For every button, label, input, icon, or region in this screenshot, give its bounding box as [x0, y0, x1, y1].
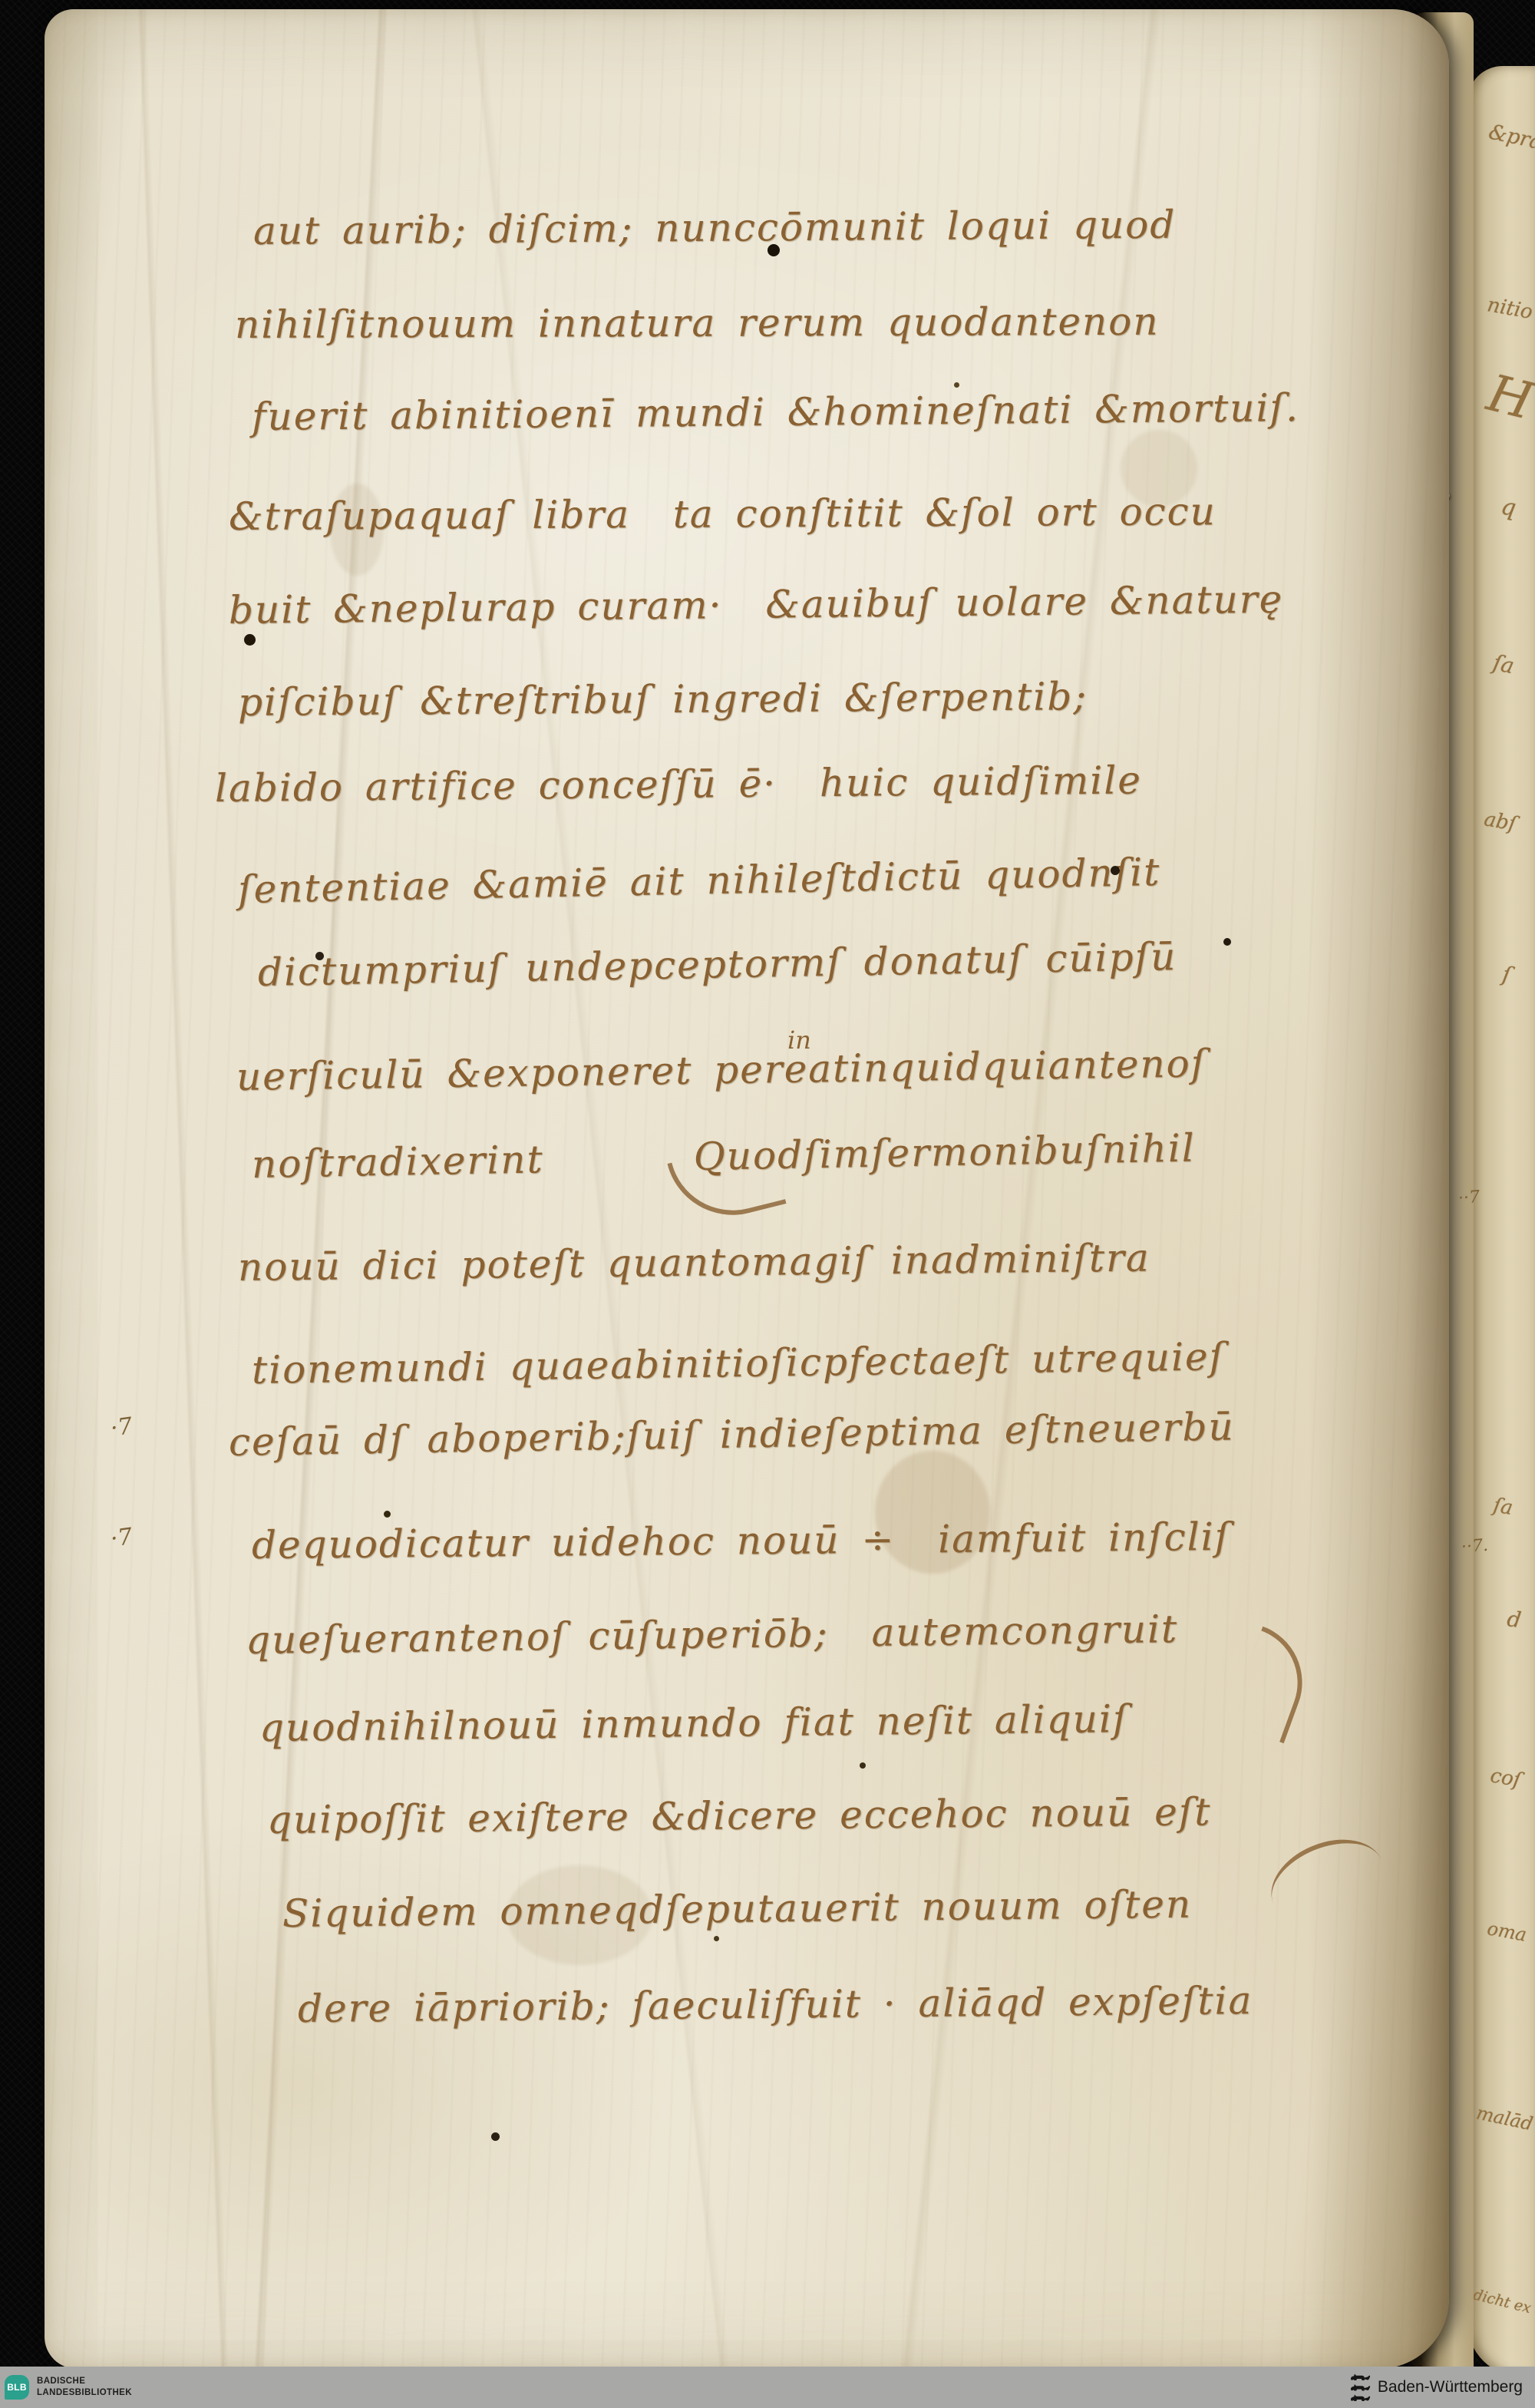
manuscript-text-line: quodnihilnouū inmundo fiat neſit aliquiſ	[259, 1696, 1129, 1750]
manuscript-text-line: piſcibuſ &treſtribuſ ingredi &ſerpentib;	[238, 674, 1088, 725]
ink-spot	[244, 634, 256, 646]
parchment-stain	[507, 1865, 652, 1965]
facing-page-text-fragment: nitio	[1485, 293, 1534, 324]
manuscript-text-line: dequodicatur uidehoc nouū ÷ iamfuit inſc…	[252, 1514, 1231, 1567]
ink-spot	[491, 2132, 500, 2141]
manuscript-text-line: noſtradixerint Quodſimſermonibuſnihil	[251, 1126, 1196, 1187]
ink-spot	[860, 1762, 866, 1769]
manuscript-text-line: queſuerantenoſ cūſuperiōb; autemcongruit	[246, 1607, 1179, 1663]
facing-page-text-fragment: &prae	[1487, 120, 1535, 157]
pen-flourish	[1259, 1824, 1388, 1919]
manuscript-text-line: buit &neplurap curam· &auibuſ uolare &na…	[229, 577, 1284, 633]
library-name: BADISCHE LANDESBIBLIOTHEK	[37, 2376, 132, 2399]
manuscript-text-line: uerſiculū &exponeret pereatinquidquiante…	[236, 1041, 1207, 1099]
manuscript-text-line: aut aurib; diſcim; nunccōmunit loqui quo…	[253, 203, 1177, 253]
parchment-stain	[875, 1451, 990, 1574]
ink-spots	[45, 9, 1449, 2369]
blb-logo-text: BLB	[7, 2382, 27, 2393]
manuscript-text-line: nihilſitnouum innatura rerum quodantenon	[235, 299, 1160, 347]
manuscript-text-line: labido artifice conceſſū ē· huic quidſim…	[215, 758, 1142, 811]
blb-logo: BLB	[5, 2375, 29, 2400]
manuscript-text-line: dere iāpriorib; ſaeculiſfuit · aliāqd ex…	[298, 1978, 1253, 2031]
manuscript-text-line: &traſupaquaſ libra ta conſtitit &ſol ort…	[229, 489, 1216, 539]
manuscript-text-line: ſententiae &amiē ait nihileſtdictū quodn…	[237, 850, 1160, 912]
manuscript-text-line: fuerit abinitioenī mundi &homineſnati &m…	[252, 385, 1299, 439]
manuscript-text-line: tionemundi quaeabinitioſicpfectaeſt utre…	[252, 1334, 1226, 1392]
state-name-label: Baden-Württemberg	[1378, 2378, 1523, 2396]
manuscript-text-line: Siquidem omneqdſeputauerit nouum oſten	[282, 1882, 1193, 1936]
facing-page-text-fragment: abſ	[1482, 808, 1517, 836]
page-content: aut aurib; diſcim; nunccōmunit loqui quo…	[45, 9, 1449, 2369]
coat-of-arms-icon	[1348, 2372, 1372, 2403]
facing-page-text-fragment: q	[1499, 493, 1518, 522]
ink-spot	[1223, 938, 1231, 946]
digitized-manuscript-viewer: { "footer": { "bar_color": "#a8a8a6", "l…	[0, 0, 1535, 2408]
ink-spot	[384, 1511, 391, 1518]
state-branding: Baden-Württemberg	[1348, 2372, 1523, 2403]
facing-page-text-fragment: d	[1506, 1606, 1523, 1633]
facing-page-edge: &praenitioHqſaabſſſadcoſomamalāddicht ex	[1467, 66, 1535, 2377]
facing-page-text-fragment: ſ	[1500, 961, 1513, 987]
library-footer-bar: BLB BADISCHE LANDESBIBLIOTHEK Baden-Würt…	[0, 2367, 1535, 2408]
manuscript-text-line: quipoſſit exiſtere &dicere eccehoc nouū …	[267, 1789, 1212, 1842]
facing-page-text-fragment: H	[1482, 363, 1535, 431]
interlinear-note: in	[787, 1026, 811, 1055]
manuscript-text-line: nouū dici poteſt quantomagiſ inadminiſtr…	[238, 1236, 1150, 1290]
manuscript-text-line: dictumpriuſ undepceptormſ donatuſ cūipſū	[257, 934, 1177, 995]
parchment-stain	[330, 484, 384, 576]
manuscript-text-line: ceſaū dſ aboperib;ſuiſ indieſeptima eſtn…	[229, 1404, 1235, 1465]
facing-page-text-fragment: coſ	[1488, 1764, 1522, 1792]
facing-page-text-fragment: dicht ex	[1471, 2286, 1533, 2317]
ink-spot	[315, 952, 324, 960]
parchment-stains	[45, 9, 1449, 2369]
text-block: aut aurib; diſcim; nunccōmunit loqui quo…	[45, 9, 1449, 2369]
parchment-stain	[1121, 430, 1197, 507]
facing-page-text-fragment: ſa	[1491, 1494, 1514, 1520]
library-name-line1: BADISCHE	[37, 2376, 132, 2387]
pen-flourish	[667, 1138, 786, 1230]
manuscript-page: aut aurib; diſcim; nunccōmunit loqui quo…	[45, 9, 1449, 2369]
facing-page-text-fragment: oma	[1486, 1917, 1529, 1946]
ink-spot	[954, 382, 959, 388]
pen-flourish	[1227, 1627, 1319, 1744]
ink-spot	[714, 1936, 719, 1941]
facing-page-fragments: &praenitioHqſaabſſſadcoſomamalāddicht ex	[1467, 66, 1535, 2377]
ink-spot	[1111, 866, 1120, 875]
facing-page-text-fragment: ſa	[1491, 649, 1517, 679]
facing-page-text-fragment: malād	[1474, 2102, 1535, 2135]
ink-spot	[767, 244, 780, 256]
library-name-line2: LANDESBIBLIOTHEK	[37, 2387, 132, 2399]
